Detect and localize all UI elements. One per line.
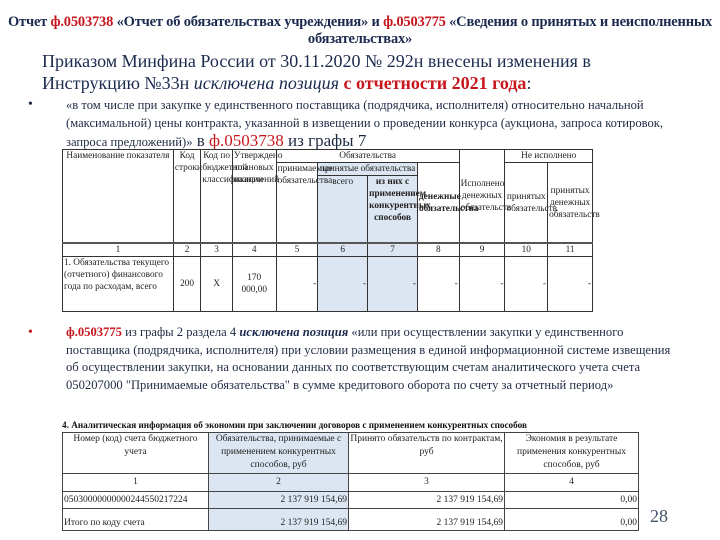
row-cell: -: [276, 257, 318, 312]
col-num: 4: [505, 474, 639, 492]
title-form-0503775: ф.0503775: [383, 14, 446, 30]
bullet-2-form: ф.0503775: [66, 325, 122, 339]
row-budget-code: X: [201, 257, 233, 312]
table-row: 1. Обязательства текущего (отчетного) фи…: [63, 257, 593, 312]
table-row-total: Итого по коду счета 2 137 919 154,69 2 1…: [63, 509, 639, 531]
header-competitive-obligations: Обязательства, принимаемые с применением…: [209, 433, 349, 474]
row-cell: -: [548, 257, 593, 312]
bullet-icon: •: [28, 96, 33, 114]
intro-line-2: Инструкцию №33н исключена позиция с отче…: [42, 72, 702, 94]
bullet-1-tail: из графы 7: [284, 131, 367, 150]
header-competitive: из них с применением конкурентных способ…: [368, 176, 418, 244]
row-name: 1. Обязательства текущего (отчетного) фи…: [63, 257, 174, 312]
economy-table-caption: 4. Аналитическая информация об экономии …: [62, 420, 527, 430]
intro-italic: исключена позиция: [194, 73, 339, 93]
header-obligations: Обязательства: [276, 150, 459, 163]
cell-value: 0,00: [505, 492, 639, 509]
col-num: 3: [201, 243, 233, 257]
row-cell: -: [368, 257, 418, 312]
header-row-code: Код строки: [173, 150, 200, 244]
col-num: 3: [349, 474, 505, 492]
col-num: 8: [417, 243, 459, 257]
title-prefix: Отчет: [8, 14, 51, 30]
obligations-table: Наименование показателя Код строки Код п…: [62, 149, 593, 312]
cell-value: 0,00: [505, 509, 639, 531]
row-cell: -: [318, 257, 368, 312]
col-num: 9: [459, 243, 505, 257]
bullet-icon: •: [28, 324, 33, 342]
bullet-2-italic: исключена позиция: [239, 325, 348, 339]
cell-value: 2 137 919 154,69: [209, 492, 349, 509]
col-num: 5: [276, 243, 318, 257]
col-num: 2: [209, 474, 349, 492]
header-ne-monetary: принятых денежных обязательств: [548, 163, 593, 244]
col-num: 6: [318, 243, 368, 257]
header-budget-code: Код по бюджетной классификации: [201, 150, 233, 244]
bullet-1-form: ф.0503738: [209, 131, 284, 150]
col-num: 1: [63, 243, 174, 257]
header-accepted: принятые обязательства: [318, 163, 418, 176]
header-ne-accepted: принятых обязательств: [505, 163, 548, 244]
header-executed: Исполнено денежных обязательств: [459, 150, 505, 244]
header-approved: Утверждено плановых назначений: [232, 150, 276, 244]
account-code: 05030000000000244550217224: [63, 492, 209, 509]
total-label: Итого по коду счета: [63, 509, 209, 531]
bullet-2-text: ф.0503775 из графы 2 раздела 4 исключена…: [66, 324, 686, 394]
column-number-row: 1 2 3 4 5 6 7 8 9 10 11: [63, 243, 593, 257]
header-accepted-contracts: Принято обязательств по контрактам, руб: [349, 433, 505, 474]
col-num: 4: [232, 243, 276, 257]
table-row: 05030000000000244550217224 2 137 919 154…: [63, 492, 639, 509]
row-cell: -: [459, 257, 505, 312]
bullet-2-text1: из графы 2 раздела 4: [122, 325, 239, 339]
row-cell: -: [417, 257, 459, 312]
row-code: 200: [173, 257, 200, 312]
cell-value: 2 137 919 154,69: [349, 492, 505, 509]
slide-title: Отчет ф.0503738 «Отчет об обязательствах…: [0, 14, 720, 48]
header-not-executed: Не исполнено: [505, 150, 593, 163]
col-num: 7: [368, 243, 418, 257]
row-cell: -: [505, 257, 548, 312]
header-economy: Экономия в результате применения конкуре…: [505, 433, 639, 474]
intro-paragraph: Приказом Минфина России от 30.11.2020 № …: [42, 50, 702, 94]
bullet-1-text: «в том числе при закупке у единственного…: [66, 96, 686, 151]
intro-colon: :: [526, 73, 531, 93]
col-num: 2: [173, 243, 200, 257]
col-num: 10: [505, 243, 548, 257]
col-num: 11: [548, 243, 593, 257]
row-approved: 170 000,00: [232, 257, 276, 312]
title-mid: «Отчет об обязательствах учреждения» и: [113, 14, 383, 30]
header-name: Наименование показателя: [63, 150, 174, 244]
header-accepted-obligations: принимаемые обязательства: [276, 163, 318, 244]
intro-line-1: Приказом Минфина России от 30.11.2020 № …: [42, 50, 702, 72]
cell-value: 2 137 919 154,69: [209, 509, 349, 531]
economy-table: Номер (код) счета бюджетного учета Обяза…: [62, 432, 639, 531]
col-num: 1: [63, 474, 209, 492]
title-form-0503738: ф.0503738: [51, 14, 114, 30]
page-number: 28: [650, 506, 668, 527]
cell-value: 2 137 919 154,69: [349, 509, 505, 531]
bullet-1-in: в: [193, 131, 210, 150]
header-account: Номер (код) счета бюджетного учета: [63, 433, 209, 474]
intro-text: Инструкцию №33н: [42, 73, 194, 93]
intro-red: с отчетности 2021 года: [339, 73, 526, 93]
